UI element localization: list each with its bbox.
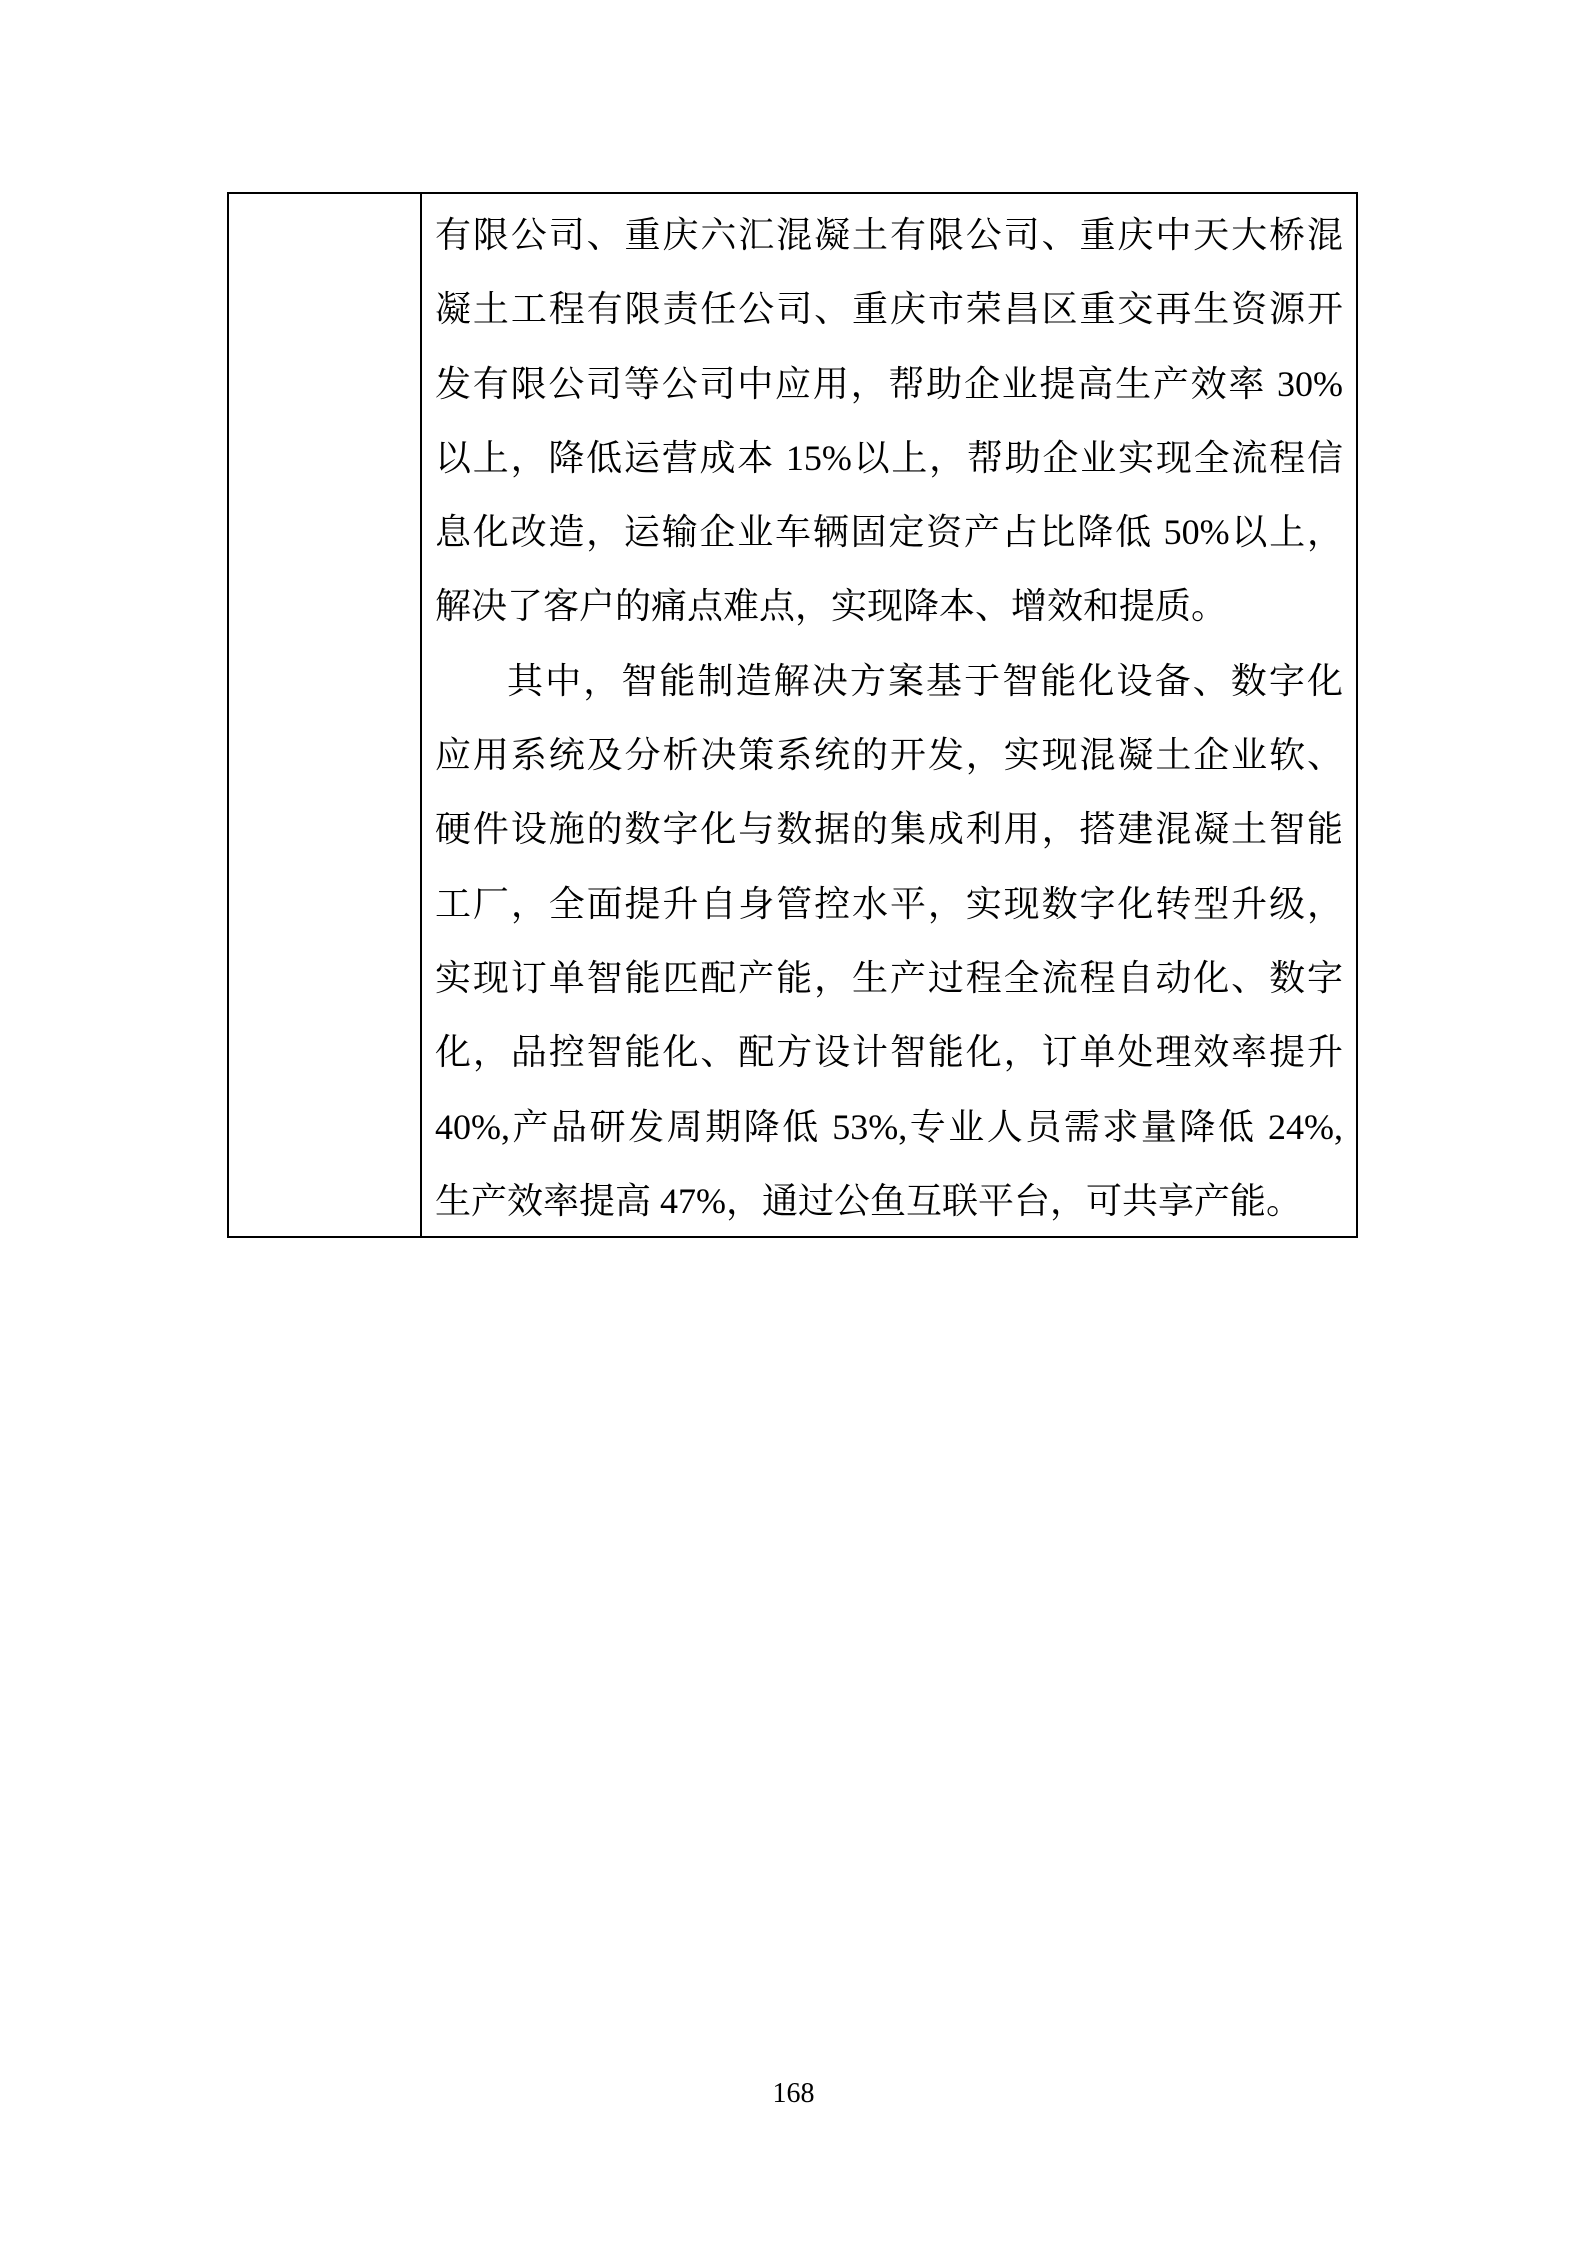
text-line: 息化改造，运输企业车辆固定资产占比降低 50%以上，	[435, 495, 1343, 569]
text-line: 解决了客户的痛点难点，实现降本、增效和提质。	[435, 569, 1343, 643]
text-line: 硬件设施的数字化与数据的集成利用，搭建混凝土智能	[435, 792, 1343, 866]
text-line: 实现订单智能匹配产能，生产过程全流程自动化、数字	[435, 941, 1343, 1015]
text-line: 40%,产品研发周期降低 53%,专业人员需求量降低 24%,	[435, 1090, 1343, 1164]
document-page: 有限公司、重庆六汇混凝土有限公司、重庆中天大桥混凝土工程有限责任公司、重庆市荣昌…	[0, 0, 1587, 2245]
text-line: 化，品控智能化、配方设计智能化，订单处理效率提升	[435, 1015, 1343, 1089]
table: 有限公司、重庆六汇混凝土有限公司、重庆中天大桥混凝土工程有限责任公司、重庆市荣昌…	[227, 192, 1358, 1238]
table-cell-right: 有限公司、重庆六汇混凝土有限公司、重庆中天大桥混凝土工程有限责任公司、重庆市荣昌…	[422, 194, 1356, 1236]
text-line: 工厂，全面提升自身管控水平，实现数字化转型升级，	[435, 867, 1343, 941]
text-line: 以上，降低运营成本 15%以上，帮助企业实现全流程信	[435, 421, 1343, 495]
text-line: 发有限公司等公司中应用，帮助企业提高生产效率 30%	[435, 347, 1343, 421]
table-cell-left	[229, 194, 422, 1236]
text-line: 应用系统及分析决策系统的开发，实现混凝土企业软、	[435, 718, 1343, 792]
page-number: 168	[0, 2078, 1587, 2110]
text-line: 凝土工程有限责任公司、重庆市荣昌区重交再生资源开	[435, 272, 1343, 346]
text-line: 其中，智能制造解决方案基于智能化设备、数字化	[435, 644, 1343, 718]
text-line: 有限公司、重庆六汇混凝土有限公司、重庆中天大桥混	[435, 198, 1343, 272]
text-line: 生产效率提高 47%，通过公鱼互联平台，可共享产能。	[435, 1164, 1343, 1236]
